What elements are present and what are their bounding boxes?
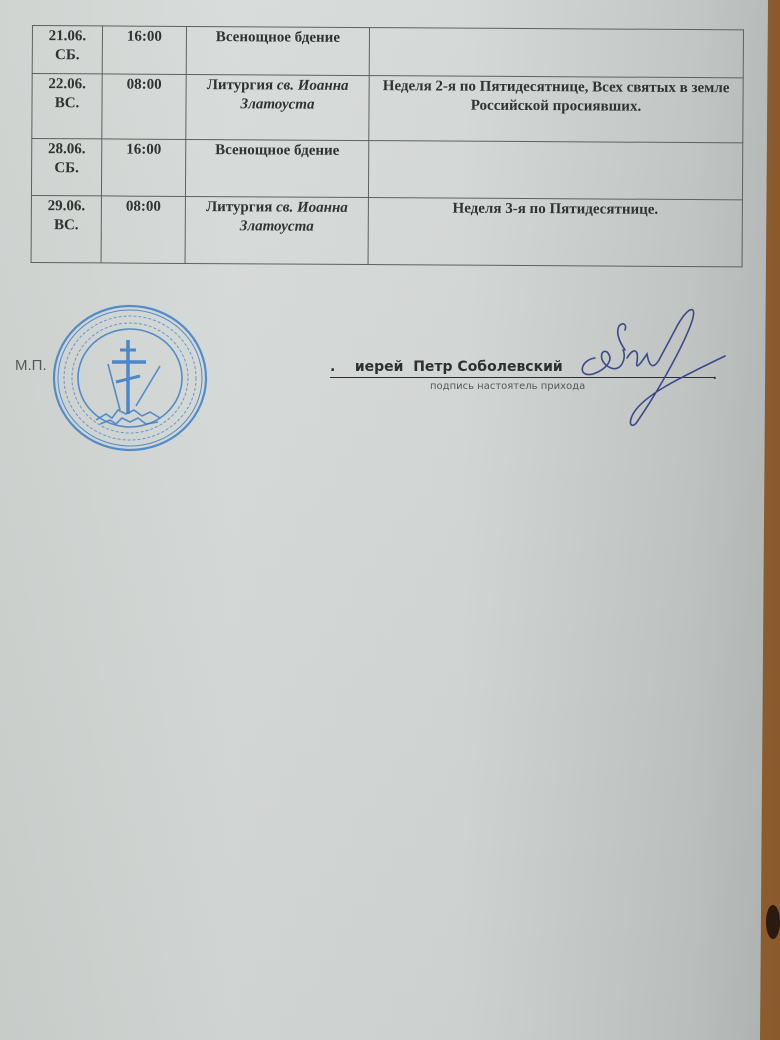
date-cell: 21.06.СБ. (32, 26, 102, 74)
table-row: 21.06.СБ. 16:00 Всенощное бдение (32, 26, 743, 78)
time-cell: 08:00 (101, 196, 185, 264)
note-cell (368, 141, 742, 200)
note-cell: Неделя 2-я по Пятидесятнице, Всех святых… (369, 76, 743, 143)
time-cell: 16:00 (102, 26, 186, 75)
time-cell: 16:00 (101, 139, 185, 197)
service-cell: Литургия св. Иоанна Златоуста (186, 74, 369, 140)
date-cell: 22.06.ВС. (32, 74, 102, 139)
date-cell: 28.06.СБ. (31, 139, 101, 196)
date-cell: 29.06.ВС. (31, 195, 101, 262)
table-row: 29.06.ВС. 08:00 Литургия св. Иоанна Злат… (31, 195, 742, 266)
table-row: 22.06.ВС. 08:00 Литургия св. Иоанна Злат… (32, 74, 743, 143)
service-cell: Литургия св. Иоанна Златоуста (185, 196, 368, 264)
handwritten-signature-icon (575, 300, 735, 430)
signature-caption: подпись настоятель прихода (430, 381, 585, 392)
schedule-table: 21.06.СБ. 16:00 Всенощное бдение 22.06.В… (31, 25, 744, 267)
note-cell (369, 28, 743, 78)
wood-knot (766, 905, 780, 939)
service-cell: Всенощное бдение (185, 139, 368, 197)
parish-stamp-icon (50, 302, 210, 454)
table-row: 28.06.СБ. 16:00 Всенощное бдение (31, 139, 742, 200)
signatory-name: . иерей Петр Соболевский (330, 359, 563, 375)
service-cell: Всенощное бдение (186, 26, 369, 75)
time-cell: 08:00 (102, 74, 186, 140)
seal-place-label: М.П. (15, 357, 47, 374)
note-cell: Неделя 3-я по Пятидесятнице. (368, 198, 742, 267)
